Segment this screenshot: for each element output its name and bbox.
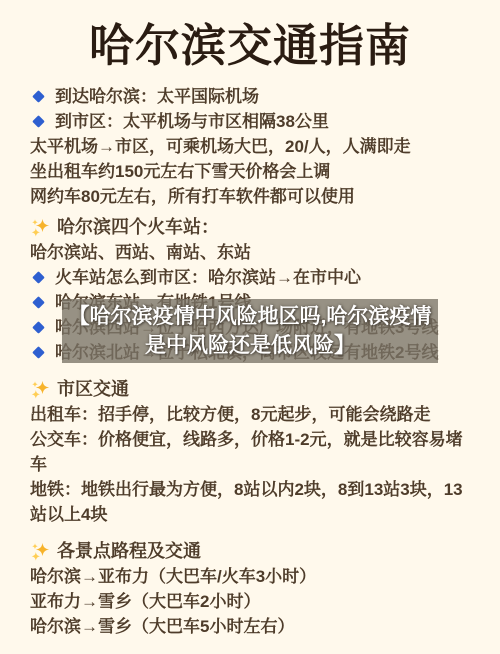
text-line: 哈尔滨站、西站、南站、东站 xyxy=(30,240,472,265)
list-item-text: 到达哈尔滨：太平国际机场 xyxy=(55,84,472,109)
text-line-content: 地铁：地铁出行最为方便，8站以内2块，8到13站3块，13站以上4块 xyxy=(30,477,472,527)
section-header: 哈尔滨四个火车站： xyxy=(30,215,472,240)
diamond-bullet-icon xyxy=(32,90,45,103)
text-line-content: 公交车：价格便宜，线路多，价格1-2元，就是比较容易堵车 xyxy=(30,427,472,477)
watermark-overlay: 【哈尔滨疫情中风险地区吗,哈尔滨疫情是中风险还是低风险】 xyxy=(62,299,438,363)
text-line-content: 太平机场→市区，可乘机场大巴，20/人，人满即走 xyxy=(30,134,472,159)
section-header: 市区交通 xyxy=(30,377,472,402)
text-line-content: 哈尔滨→雪乡（大巴车5小时左右） xyxy=(30,614,472,639)
page-title: 哈尔滨交通指南 xyxy=(0,0,500,74)
text-line: 坐出租车约150元左右下雪天价格会上调 xyxy=(30,159,472,184)
watermark-text: 【哈尔滨疫情中风险地区吗,哈尔滨疫情是中风险还是低风险】 xyxy=(68,302,432,360)
section-airport-arrival: 到达哈尔滨：太平国际机场 到市区：太平机场与市区相隔38公里 太平机场→市区，可… xyxy=(30,84,472,209)
diamond-bullet-icon xyxy=(32,321,45,334)
list-item-text: 到市区：太平机场与市区相隔38公里 xyxy=(55,109,472,134)
infographic-page: 哈尔滨交通指南 到达哈尔滨：太平国际机场 到市区：太平机场与市区相隔38公里 太… xyxy=(0,0,500,654)
section-city-transport: 市区交通 出租车：招手停，比较方便，8元起步，可能会绕路走 公交车：价格便宜，线… xyxy=(30,377,472,527)
text-line: 哈尔滨→亚布力（大巴车/火车3小时） xyxy=(30,564,472,589)
text-line-content: 出租车：招手停，比较方便，8元起步，可能会绕路走 xyxy=(30,402,472,427)
diamond-bullet-icon xyxy=(32,296,45,309)
text-line: 网约车80元左右，所有打车软件都可以使用 xyxy=(30,184,472,209)
sparkle-icon xyxy=(30,542,50,562)
text-line: 亚布力→雪乡（大巴车2小时） xyxy=(30,589,472,614)
text-line: 哈尔滨→雪乡（大巴车5小时左右） xyxy=(30,614,472,639)
section-header-text: 市区交通 xyxy=(57,377,129,402)
text-line: 出租车：招手停，比较方便，8元起步，可能会绕路走 xyxy=(30,402,472,427)
text-line-content: 哈尔滨站、西站、南站、东站 xyxy=(30,240,472,265)
text-line: 公交车：价格便宜，线路多，价格1-2元，就是比较容易堵车 xyxy=(30,427,472,477)
sparkle-icon xyxy=(30,218,50,238)
text-line-content: 网约车80元左右，所有打车软件都可以使用 xyxy=(30,184,472,209)
list-item-text: 火车站怎么到市区：哈尔滨站→在市中心 xyxy=(55,265,472,290)
section-scenic-routes: 各景点路程及交通 哈尔滨→亚布力（大巴车/火车3小时） 亚布力→雪乡（大巴车2小… xyxy=(30,539,472,639)
text-line-content: 哈尔滨→亚布力（大巴车/火车3小时） xyxy=(30,564,472,589)
list-item: 火车站怎么到市区：哈尔滨站→在市中心 xyxy=(30,265,472,290)
list-item: 到市区：太平机场与市区相隔38公里 xyxy=(30,109,472,134)
section-header: 各景点路程及交通 xyxy=(30,539,472,564)
diamond-bullet-icon xyxy=(32,346,45,359)
section-header-text: 哈尔滨四个火车站： xyxy=(57,215,219,240)
diamond-bullet-icon xyxy=(32,115,45,128)
text-line: 太平机场→市区，可乘机场大巴，20/人，人满即走 xyxy=(30,134,472,159)
text-line: 地铁：地铁出行最为方便，8站以内2块，8到13站3块，13站以上4块 xyxy=(30,477,472,527)
diamond-bullet-icon xyxy=(32,271,45,284)
text-line-content: 亚布力→雪乡（大巴车2小时） xyxy=(30,589,472,614)
section-header-text: 各景点路程及交通 xyxy=(57,539,201,564)
list-item: 到达哈尔滨：太平国际机场 xyxy=(30,84,472,109)
sparkle-icon xyxy=(30,380,50,400)
text-line-content: 坐出租车约150元左右下雪天价格会上调 xyxy=(30,159,472,184)
